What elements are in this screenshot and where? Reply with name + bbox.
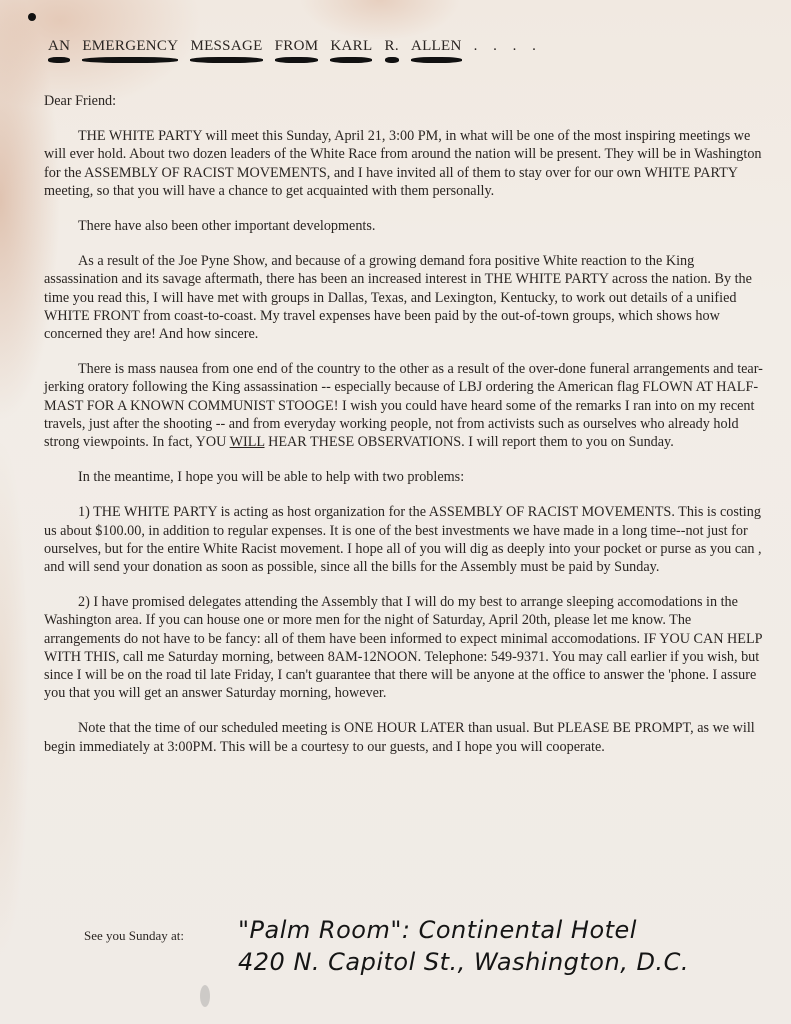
paragraph-two-problems: In the meantime, I hope you will be able…: [44, 468, 764, 486]
letter-body: Dear Friend: THE WHITE PARTY will meet t…: [44, 92, 764, 773]
paragraph-reaction-tail-after: HEAR THESE OBSERVATIONS. I will report t…: [265, 434, 674, 450]
heading-word: FROM: [275, 38, 319, 55]
paragraph-problem-2: 2) I have promised delegates attending t…: [44, 593, 764, 702]
heading-word: AN: [48, 38, 70, 55]
paragraph-reaction: There is mass nausea from one end of the…: [44, 360, 764, 451]
paragraph-interest: As a result of the Joe Pyne Show, and be…: [44, 252, 764, 343]
heading-ellipsis: . . . .: [474, 38, 542, 54]
letter-heading: AN EMERGENCY MESSAGE FROM KARL R. ALLEN …: [48, 38, 542, 55]
heading-word: KARL: [330, 38, 372, 55]
punch-hole: [28, 13, 36, 21]
paragraph-note: Note that the time of our scheduled meet…: [44, 719, 764, 755]
underlined-word: WILL: [230, 434, 265, 450]
handwritten-line-1: "Palm Room": Continental Hotel: [238, 914, 689, 946]
handwritten-line-2: 420 N. Capitol St., Washington, D.C.: [238, 946, 689, 978]
heading-word: EMERGENCY: [82, 38, 178, 55]
paragraph-meeting-announcement: THE WHITE PARTY will meet this Sunday, A…: [44, 127, 764, 200]
handwritten-location: "Palm Room": Continental Hotel 420 N. Ca…: [238, 914, 689, 978]
ink-smudge: [200, 985, 210, 1007]
heading-word: MESSAGE: [190, 38, 262, 55]
paragraph-reaction-tail-before: YOU: [196, 434, 230, 450]
signoff-label: See you Sunday at:: [84, 928, 184, 944]
heading-word: R.: [385, 38, 399, 55]
paragraph-developments: There have also been other important dev…: [44, 217, 764, 235]
paragraph-problem-1: 1) THE WHITE PARTY is acting as host org…: [44, 503, 764, 576]
salutation: Dear Friend:: [44, 92, 764, 110]
heading-word: ALLEN: [411, 38, 462, 55]
